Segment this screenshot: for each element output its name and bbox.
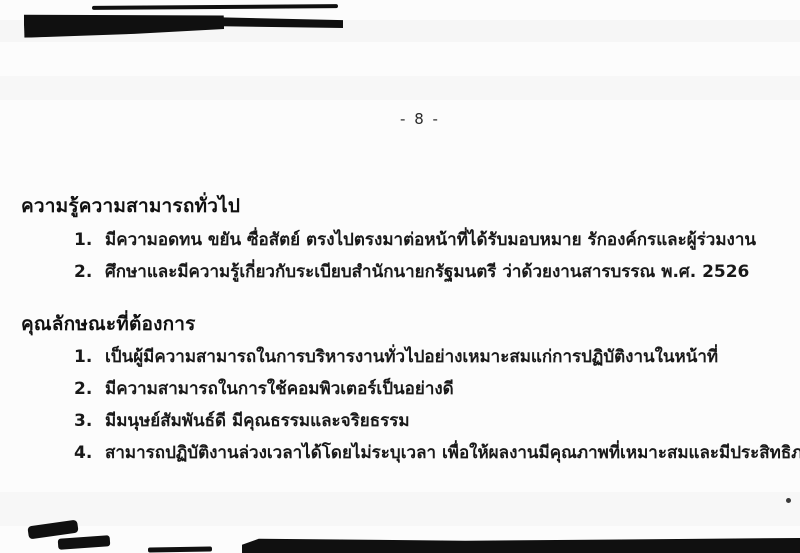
list-item-text: มีความอดทน ขยัน ซื่อสัตย์ ตรงไปตรงมาต่อห… xyxy=(105,230,756,250)
list-item-number: 3. xyxy=(74,411,105,431)
list-item: 2.ศึกษาและมีความรู้เกี่ยวกับระเบียบสำนัก… xyxy=(74,258,790,285)
section-heading-general-knowledge: ความรู้ความสามารถทั่วไป xyxy=(21,191,240,221)
section-heading-desired-qualities: คุณลักษณะที่ต้องการ xyxy=(21,309,196,339)
list-item: 4.สามารถปฏิบัติงานล่วงเวลาได้โดยไม่ระบุเ… xyxy=(74,439,790,466)
list-item-text: สามารถปฏิบัติงานล่วงเวลาได้โดยไม่ระบุเวล… xyxy=(105,443,800,463)
scan-artifact-speck xyxy=(786,498,791,503)
list-item-number: 2. xyxy=(74,379,105,399)
list-item-text: เป็นผู้มีความสามารถในการบริหารงานทั่วไปอ… xyxy=(105,347,718,367)
scan-artifact-bottom-bar xyxy=(242,538,800,553)
list-item-text: ศึกษาและมีความรู้เกี่ยวกับระเบียบสำนักนา… xyxy=(105,262,749,282)
list-item-number: 1. xyxy=(74,230,105,250)
scan-artifact-bottom-dash xyxy=(148,546,212,552)
list-item: 2.มีความสามารถในการใช้คอมพิวเตอร์เป็นอย่… xyxy=(74,375,790,402)
scan-artifact-top-line xyxy=(92,4,338,10)
list-item-number: 4. xyxy=(74,443,105,463)
scanned-document-page: - 8 - ความรู้ความสามารถทั่วไป 1.มีความอด… xyxy=(0,0,800,553)
list-item: 3.มีมนุษย์สัมพันธ์ดี มีคุณธรรมและจริยธรร… xyxy=(74,407,790,434)
list-item: 1.มีความอดทน ขยัน ซื่อสัตย์ ตรงไปตรงมาต่… xyxy=(74,226,790,253)
list-item: 1.เป็นผู้มีความสามารถในการบริหารงานทั่วไ… xyxy=(74,343,790,370)
scan-artifact-bottom-blob xyxy=(58,535,111,550)
scan-noise-band xyxy=(0,492,800,526)
scan-noise-band xyxy=(0,76,800,100)
list-item-number: 1. xyxy=(74,347,105,367)
page-number: - 8 - xyxy=(0,110,800,128)
list-item-text: มีความสามารถในการใช้คอมพิวเตอร์เป็นอย่าง… xyxy=(105,379,454,399)
list-item-number: 2. xyxy=(74,262,105,282)
list-item-text: มีมนุษย์สัมพันธ์ดี มีคุณธรรมและจริยธรรม xyxy=(105,411,410,431)
